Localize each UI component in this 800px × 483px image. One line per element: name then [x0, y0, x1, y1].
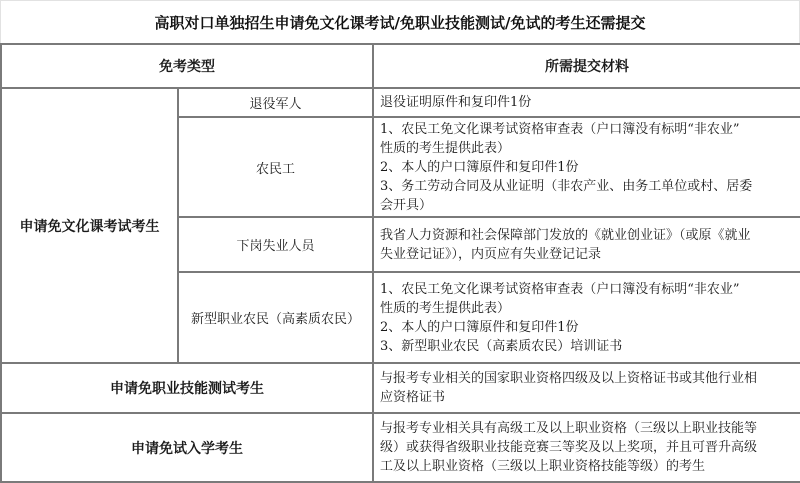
materials-line: 3、务工劳动合同及从业证明（非农产业、由务工单位或村、居委 — [380, 177, 794, 196]
materials-line: 失业登记证》），内页应有失业登记记录 — [380, 245, 794, 264]
page-title: 高职对口单独招生申请免文化课考试/免职业技能测试/免试的考生还需提交 — [0, 0, 800, 44]
materials-line: 我省人力资源和社会保障部门发放的《就业创业证》（或原《就业 — [380, 226, 794, 245]
materials-cell: 与报考专业相关的国家职业资格四级及以上资格证书或其他行业相 应资格证书 — [373, 363, 800, 413]
materials-cell: 1、农民工免文化课考试资格审查表（户口簿没有标明“非农业” 性质的考生提供此表）… — [373, 272, 800, 363]
table-header-row: 免考类型 所需提交材料 — [1, 44, 800, 88]
materials-line: 性质的考生提供此表） — [380, 299, 794, 318]
materials-line: 2、本人的户口簿原件和复印件1份 — [380, 318, 794, 337]
materials-line: 性质的考生提供此表） — [380, 139, 794, 158]
materials-line: 应资格证书 — [380, 388, 794, 407]
header-exemption-type: 免考类型 — [1, 44, 373, 88]
materials-line: 3、新型职业农民（高素质农民）培训证书 — [380, 337, 794, 356]
materials-line: 1、农民工免文化课考试资格审查表（户口簿没有标明“非农业” — [380, 120, 794, 139]
materials-cell: 我省人力资源和社会保障部门发放的《就业创业证》（或原《就业 失业登记证》），内页… — [373, 217, 800, 272]
category-cell: 申请免职业技能测试考生 — [1, 363, 373, 413]
subtype-cell: 退役军人 — [178, 88, 373, 117]
header-required-materials: 所需提交材料 — [373, 44, 800, 88]
table-row: 申请免试入学考生 与报考专业相关具有高级工及以上职业资格（三级以上职业技能等 级… — [1, 413, 800, 482]
materials-line: 会开具） — [380, 196, 794, 215]
category-cell: 申请免试入学考生 — [1, 413, 373, 482]
materials-cell: 与报考专业相关具有高级工及以上职业资格（三级以上职业技能等 级）或获得省级职业技… — [373, 413, 800, 482]
materials-cell: 1、农民工免文化课考试资格审查表（户口簿没有标明“非农业” 性质的考生提供此表）… — [373, 117, 800, 217]
materials-line: 与报考专业相关具有高级工及以上职业资格（三级以上职业技能等 — [380, 419, 794, 438]
subtype-cell: 农民工 — [178, 117, 373, 217]
materials-line: 与报考专业相关的国家职业资格四级及以上资格证书或其他行业相 — [380, 369, 794, 388]
materials-line: 2、本人的户口簿原件和复印件1份 — [380, 158, 794, 177]
subtype-cell: 新型职业农民（高素质农民） — [178, 272, 373, 363]
materials-line: 级）或获得省级职业技能竞赛三等奖及以上奖项，并且可晋升高级 — [380, 438, 794, 457]
subtype-cell: 下岗失业人员 — [178, 217, 373, 272]
table-row: 申请免职业技能测试考生 与报考专业相关的国家职业资格四级及以上资格证书或其他行业… — [1, 363, 800, 413]
materials-line: 工及以上职业资格（三级以上职业资格技能等级）的考生 — [380, 457, 794, 476]
requirements-table: 免考类型 所需提交材料 申请免文化课考试考生 退役军人 退役证明原件和复印件1份… — [0, 43, 800, 483]
table-row: 申请免文化课考试考生 退役军人 退役证明原件和复印件1份 — [1, 88, 800, 117]
materials-cell: 退役证明原件和复印件1份 — [373, 88, 800, 117]
materials-line: 退役证明原件和复印件1份 — [380, 93, 794, 112]
materials-line: 1、农民工免文化课考试资格审查表（户口簿没有标明“非农业” — [380, 280, 794, 299]
category-cell: 申请免文化课考试考生 — [1, 88, 178, 363]
